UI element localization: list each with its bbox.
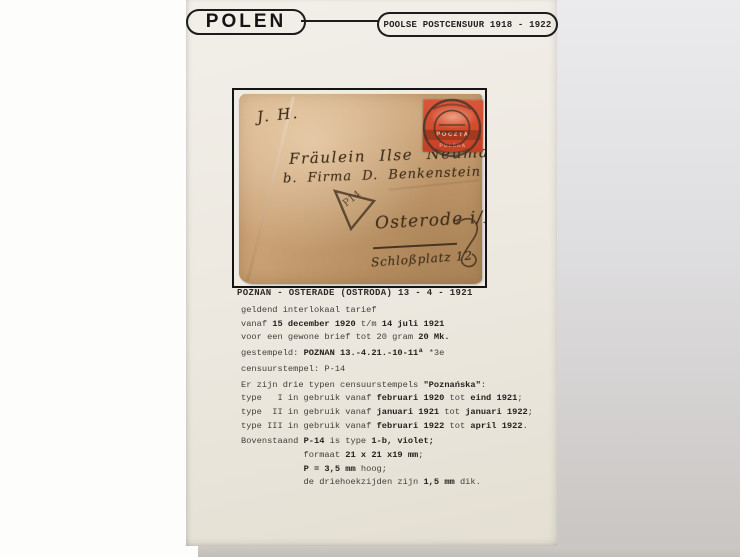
typed-line: type I in gebruik vanaf februari 1920 to… (241, 392, 533, 406)
censor-triangle-mark: P14 (327, 182, 379, 234)
typed-line: censuurstempel: P-14 (241, 363, 533, 377)
album-page-photo: POLEN POOLSE POSTCENSUUR 1918 - 1922 J. … (0, 0, 740, 557)
envelope-frame: J. H. Fräulein Ilse Neumann b. Firma D. … (232, 88, 487, 288)
background-bottom (198, 545, 740, 557)
typed-line: P = 3,5 mm hoog; (241, 463, 533, 477)
header-connector-line (301, 20, 378, 22)
series-pill: POOLSE POSTCENSUUR 1918 - 1922 (377, 12, 558, 37)
typed-line: type III in gebruik vanaf februari 1922 … (241, 420, 533, 434)
typed-line: Er zijn drie typen censuurstempels "Pozn… (241, 379, 533, 393)
typed-line: de driehoekzijden zijn 1,5 mm dik. (241, 476, 533, 490)
typed-line: formaat 21 x 21 x19 mm; (241, 449, 533, 463)
sender-initials: J. H. (256, 104, 300, 126)
country-pill: POLEN (186, 9, 306, 35)
circular-postmark (419, 95, 485, 161)
typed-line: geldend interlokaal tarief (241, 304, 533, 318)
typed-line: voor een gewone brief tot 20 gram 20 Mk. (241, 331, 533, 345)
city-underline-stroke (373, 243, 457, 249)
pen-flourish-stroke (451, 214, 487, 272)
typed-line: vanaf 15 december 1920 t/m 14 juli 1921 (241, 318, 533, 332)
cover-caption: POZNAN - OSTERADE (OSTRODA) 13 - 4 - 192… (237, 288, 473, 298)
series-label: POOLSE POSTCENSUUR 1918 - 1922 (383, 20, 551, 30)
typed-line: gestempeld: POZNAN 13.-4.21.-10-11ª *3e (241, 347, 533, 361)
typed-line: Bovenstaand P-14 is type 1-b, violet; (241, 435, 533, 449)
background-right (557, 0, 740, 557)
typed-block: geldend interlokaal tariefvanaf 15 decem… (241, 304, 533, 490)
censor-triangle-text: P14 (341, 189, 363, 210)
typed-line: type II in gebruik vanaf januari 1921 to… (241, 406, 533, 420)
envelope: J. H. Fräulein Ilse Neumann b. Firma D. … (239, 94, 482, 284)
country-label: POLEN (206, 11, 286, 33)
